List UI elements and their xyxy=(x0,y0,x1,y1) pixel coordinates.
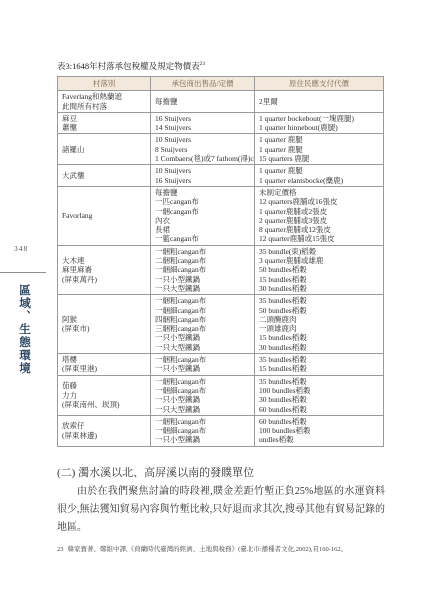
village-cell: Favorlang xyxy=(58,186,151,245)
cell-line: 1 quarter 鹿腿 xyxy=(259,135,379,144)
table-row: 大武壟10 Stuijvers16 Stuijvers1 quarter 鹿腿1… xyxy=(58,165,384,187)
price-table-body: Faverlang和熱蘭遮此間所有村落每擔鹽2里爾麻豆蕭壟16 Stuijver… xyxy=(58,91,384,446)
cell-line: 一只大型鐵鍋 xyxy=(155,284,250,293)
cell-line: 100 bundles稻穀 xyxy=(259,426,379,435)
goods-cell: 一綑粗cangan布一綑細cangan布一只小型鐵鍋 xyxy=(151,415,255,446)
village-cell: 大武壟 xyxy=(58,165,151,187)
cell-line: 1 quarter 鹿腿 xyxy=(259,166,379,175)
table-title: 表3:1648年村落承包稅權及規定物價表23 xyxy=(57,60,383,72)
cell-line: 一綑細cangan布 xyxy=(155,426,250,435)
cell-line: 一籃cangan布 xyxy=(155,234,250,243)
cell-line: (屏東里港) xyxy=(62,364,146,373)
price-cell: 1 quarter 鹿腿1 quarter elantsbocke(麋鹿) xyxy=(255,165,384,187)
cell-line: 15 quarters 鹿腿 xyxy=(259,154,379,163)
goods-cell: 10 Stuijvers8 Stuijvers1 Combaers(毯)或7 f… xyxy=(151,134,255,165)
cell-line: 四綑粗cangan布 xyxy=(155,315,250,324)
cell-line: 1 quarter elantsbocke(麋鹿) xyxy=(259,176,379,185)
table-row: 阿猴(屏東市)一綑粗cangan布一綑細cangan布四綑粗cangan布三綑粗… xyxy=(58,295,384,354)
sidebar-divider xyxy=(0,272,46,273)
table-row: 大木連麻里麻崙(屏東萬丹)一綑粗cangan布二綑粗cangan布一綑細cang… xyxy=(58,245,384,294)
cell-line: 1 quarter 鹿腿 xyxy=(259,145,379,154)
cell-line: 一綑粗cangan布 xyxy=(155,247,250,256)
footnote-text: 韓家寶著、鄭維中譯,《荷蘭時代臺灣的經濟、土地與稅務》(臺北市:播種者文化,20… xyxy=(68,546,348,553)
cell-line: 一綑細cangan布 xyxy=(155,265,250,274)
goods-cell: 一綑粗cangan布一綑細cangan布一只小型鐵鍋一只大型鐵鍋 xyxy=(151,375,255,415)
cell-line: 12 quarters鹿脯或16張皮 xyxy=(259,197,379,206)
goods-cell: 16 Stuijvers14 Stuijvers xyxy=(151,112,255,134)
village-cell: 茄藤力力(屏東南州、崁頂) xyxy=(58,375,151,415)
cell-line: 60 bundles稻穀 xyxy=(259,405,379,414)
cell-line: 16 Stuijvers xyxy=(155,114,250,123)
table-row: 放索仔(屏東林邊)一綑粗cangan布一綑細cangan布一只小型鐵鍋60 bu… xyxy=(58,415,384,446)
cell-line: 2 quarter鹿脯或3張皮 xyxy=(259,216,379,225)
cell-line: Faverlang和熱蘭遮 xyxy=(62,92,146,101)
cell-line: 35 bundle(束)稻穀 xyxy=(259,247,379,256)
footnote: 23韓家寶著、鄭維中譯,《荷蘭時代臺灣的經濟、土地與稅務》(臺北市:播種者文化,… xyxy=(57,544,397,553)
price-cell: 1 quarter bockebout(一塊鹿腿)1 quarter hinne… xyxy=(255,112,384,134)
price-cell: 未制定價格12 quarters鹿脯或16張皮1 quarter鹿脯或2張皮2 … xyxy=(255,186,384,245)
cell-line: 30 bundles稻穀 xyxy=(259,395,379,404)
cell-line: 2里爾 xyxy=(259,97,379,106)
cell-line: (屏東南州、崁頂) xyxy=(62,400,146,409)
cell-line: 塔樓 xyxy=(62,355,146,364)
table-row: 茄藤力力(屏東南州、崁頂)一綑粗cangan布一綑細cangan布一只小型鐵鍋一… xyxy=(58,375,384,415)
cell-line: 50 bundles稻穀 xyxy=(259,265,379,274)
price-cell: 60 bundles稻穀100 bundles稻穀undles稻穀 xyxy=(255,415,384,446)
chapter-vertical-title: 區域、生態環境 xyxy=(16,284,32,375)
cell-line: 一只小型鐵鍋 xyxy=(155,435,250,444)
cell-line: 二頭醃鹿肉 xyxy=(259,315,379,324)
cell-line: 一匹cangan布 xyxy=(155,197,250,206)
cell-line: (屏東萬丹) xyxy=(62,275,146,284)
goods-cell: 一綑粗cangan布一綑細cangan布四綑粗cangan布三綑粗cangan布… xyxy=(151,295,255,354)
book-page: 348 區域、生態環境 表3:1648年村落承包稅權及規定物價表23 村落別 承… xyxy=(0,0,439,600)
section-heading: (二) 濁水溪以北、高屏溪以南的發贌單位 xyxy=(57,464,383,480)
footnote-number: 23 xyxy=(57,546,64,553)
table-row: 塔樓(屏東里港)一綑粗cangan布一只小型鐵鍋35 bundles稻穀15 b… xyxy=(58,354,384,376)
cell-line: 一綑細cangan布 xyxy=(155,386,250,395)
table-row: 麻豆蕭壟16 Stuijvers14 Stuijvers1 quarter bo… xyxy=(58,112,384,134)
cell-line: 35 bundles稻穀 xyxy=(259,355,379,364)
cell-line: 30 bundles稻穀 xyxy=(259,343,379,352)
goods-cell: 每擔鹽一匹cangan布一綑cangan布內衣長裙一籃cangan布 xyxy=(151,186,255,245)
table-row: 諸羅山10 Stuijvers8 Stuijvers1 Combaers(毯)或… xyxy=(58,134,384,165)
goods-cell: 一綑粗cangan布二綑粗cangan布一綑細cangan布一只小型鐵鍋一只大型… xyxy=(151,245,255,294)
price-table: 村落別 承包商出售品/定價 原住民應支付代價 Faverlang和熱蘭遮此間所有… xyxy=(57,76,384,447)
cell-line: 茄藤 xyxy=(62,381,146,390)
cell-line: 1 Combaers(毯)或7 fathom(潯)cangan布 xyxy=(155,154,250,163)
col-header-price: 原住民應支付代價 xyxy=(255,77,384,91)
cell-line: 一綑細cangan布 xyxy=(155,306,250,315)
cell-line: 諸羅山 xyxy=(62,145,146,154)
village-cell: 放索仔(屏東林邊) xyxy=(58,415,151,446)
table-title-footnote-ref: 23 xyxy=(200,61,206,67)
cell-line: 15 bundles稻穀 xyxy=(259,333,379,342)
cell-line: 二綑粗cangan布 xyxy=(155,256,250,265)
cell-line: 35 bundles稻穀 xyxy=(259,377,379,386)
cell-line: 一只小型鐵鍋 xyxy=(155,364,250,373)
table-row: Favorlang每擔鹽一匹cangan布一綑cangan布內衣長裙一籃cang… xyxy=(58,186,384,245)
village-cell: 諸羅山 xyxy=(58,134,151,165)
cell-line: 10 Stuijvers xyxy=(155,166,250,175)
cell-line: (屏東林邊) xyxy=(62,431,146,440)
table-title-text: 表3:1648年村落承包稅權及規定物價表 xyxy=(57,61,200,71)
cell-line: 大武壟 xyxy=(62,171,146,180)
cell-line: 阿猴 xyxy=(62,315,146,324)
cell-line: 10 Stuijvers xyxy=(155,135,250,144)
cell-line: 一只小型鐵鍋 xyxy=(155,395,250,404)
cell-line: 15 bundles稻穀 xyxy=(259,364,379,373)
page-number: 348 xyxy=(14,244,28,253)
goods-cell: 每擔鹽 xyxy=(151,91,255,113)
cell-line: 一只大型鐵鍋 xyxy=(155,343,250,352)
price-cell: 35 bundle(束)稻穀3 quarter鹿脯或雄鹿50 bundles稻穀… xyxy=(255,245,384,294)
header-row: 村落別 承包商出售品/定價 原住民應支付代價 xyxy=(58,77,384,91)
col-header-goods: 承包商出售品/定價 xyxy=(151,77,255,91)
goods-cell: 一綑粗cangan布一只小型鐵鍋 xyxy=(151,354,255,376)
cell-line: 35 bundles稻穀 xyxy=(259,296,379,305)
cell-line: 一綑粗cangan布 xyxy=(155,417,250,426)
cell-line: 每擔鹽 xyxy=(155,188,250,197)
cell-line: 30 bundles稻穀 xyxy=(259,284,379,293)
village-cell: 大木連麻里麻崙(屏東萬丹) xyxy=(58,245,151,294)
cell-line: 60 bundles稻穀 xyxy=(259,417,379,426)
cell-line: 1 quarter hinnebout(鹿腿) xyxy=(259,123,379,132)
table-row: Faverlang和熱蘭遮此間所有村落每擔鹽2里爾 xyxy=(58,91,384,113)
cell-line: Favorlang xyxy=(62,211,146,220)
cell-line: 50 bundles稻穀 xyxy=(259,306,379,315)
cell-line: 一只大型鐵鍋 xyxy=(155,405,250,414)
cell-line: 一綑cangan布 xyxy=(155,207,250,216)
section-paragraph: 由於在我們聚焦討論的時段裡,贌金差距竹塹正負25%地區的水運資料很少,無法獲知貿… xyxy=(57,483,385,537)
village-cell: 麻豆蕭壟 xyxy=(58,112,151,134)
cell-line: 放索仔 xyxy=(62,421,146,430)
cell-line: 蕭壟 xyxy=(62,123,146,132)
cell-line: 1 quarter鹿脯或2張皮 xyxy=(259,207,379,216)
cell-line: 未制定價格 xyxy=(259,188,379,197)
cell-line: 大木連 xyxy=(62,256,146,265)
cell-line: 16 Stuijvers xyxy=(155,176,250,185)
cell-line: 內衣 xyxy=(155,216,250,225)
price-cell: 35 bundles稻穀15 bundles稻穀 xyxy=(255,354,384,376)
col-header-village: 村落別 xyxy=(58,77,151,91)
cell-line: 一只小型鐵鍋 xyxy=(155,275,250,284)
cell-line: 力力 xyxy=(62,391,146,400)
goods-cell: 10 Stuijvers16 Stuijvers xyxy=(151,165,255,187)
cell-line: 麻里麻崙 xyxy=(62,265,146,274)
price-cell: 35 bundles稻穀100 bundles稻穀30 bundles稻穀60 … xyxy=(255,375,384,415)
cell-line: (屏東市) xyxy=(62,324,146,333)
village-cell: 塔樓(屏東里港) xyxy=(58,354,151,376)
cell-line: 一只小型鐵鍋 xyxy=(155,333,250,342)
cell-line: 麻豆 xyxy=(62,114,146,123)
cell-line: 3 quarter鹿脯或雄鹿 xyxy=(259,256,379,265)
price-cell: 2里爾 xyxy=(255,91,384,113)
cell-line: 14 Stuijvers xyxy=(155,123,250,132)
village-cell: 阿猴(屏東市) xyxy=(58,295,151,354)
cell-line: 12 quarter鹿脯或15張皮 xyxy=(259,234,379,243)
cell-line: 1 quarter bockebout(一塊鹿腿) xyxy=(259,114,379,123)
cell-line: 一綑粗cangan布 xyxy=(155,355,250,364)
price-cell: 1 quarter 鹿腿1 quarter 鹿腿15 quarters 鹿腿 xyxy=(255,134,384,165)
cell-line: 8 Stuijvers xyxy=(155,145,250,154)
price-table-head: 村落別 承包商出售品/定價 原住民應支付代價 xyxy=(58,77,384,91)
cell-line: 一綑粗cangan布 xyxy=(155,377,250,386)
cell-line: undles稻穀 xyxy=(259,435,379,444)
cell-line: 15 bundles稻穀 xyxy=(259,275,379,284)
price-cell: 35 bundles稻穀50 bundles稻穀二頭醃鹿肉一頭雄鹿肉15 bun… xyxy=(255,295,384,354)
village-cell: Faverlang和熱蘭遮此間所有村落 xyxy=(58,91,151,113)
cell-line: 此間所有村落 xyxy=(62,102,146,111)
cell-line: 100 bundles稻穀 xyxy=(259,386,379,395)
main-content: 表3:1648年村落承包稅權及規定物價表23 村落別 承包商出售品/定價 原住民… xyxy=(57,60,383,447)
cell-line: 一綑粗cangan布 xyxy=(155,296,250,305)
cell-line: 每擔鹽 xyxy=(155,97,250,106)
